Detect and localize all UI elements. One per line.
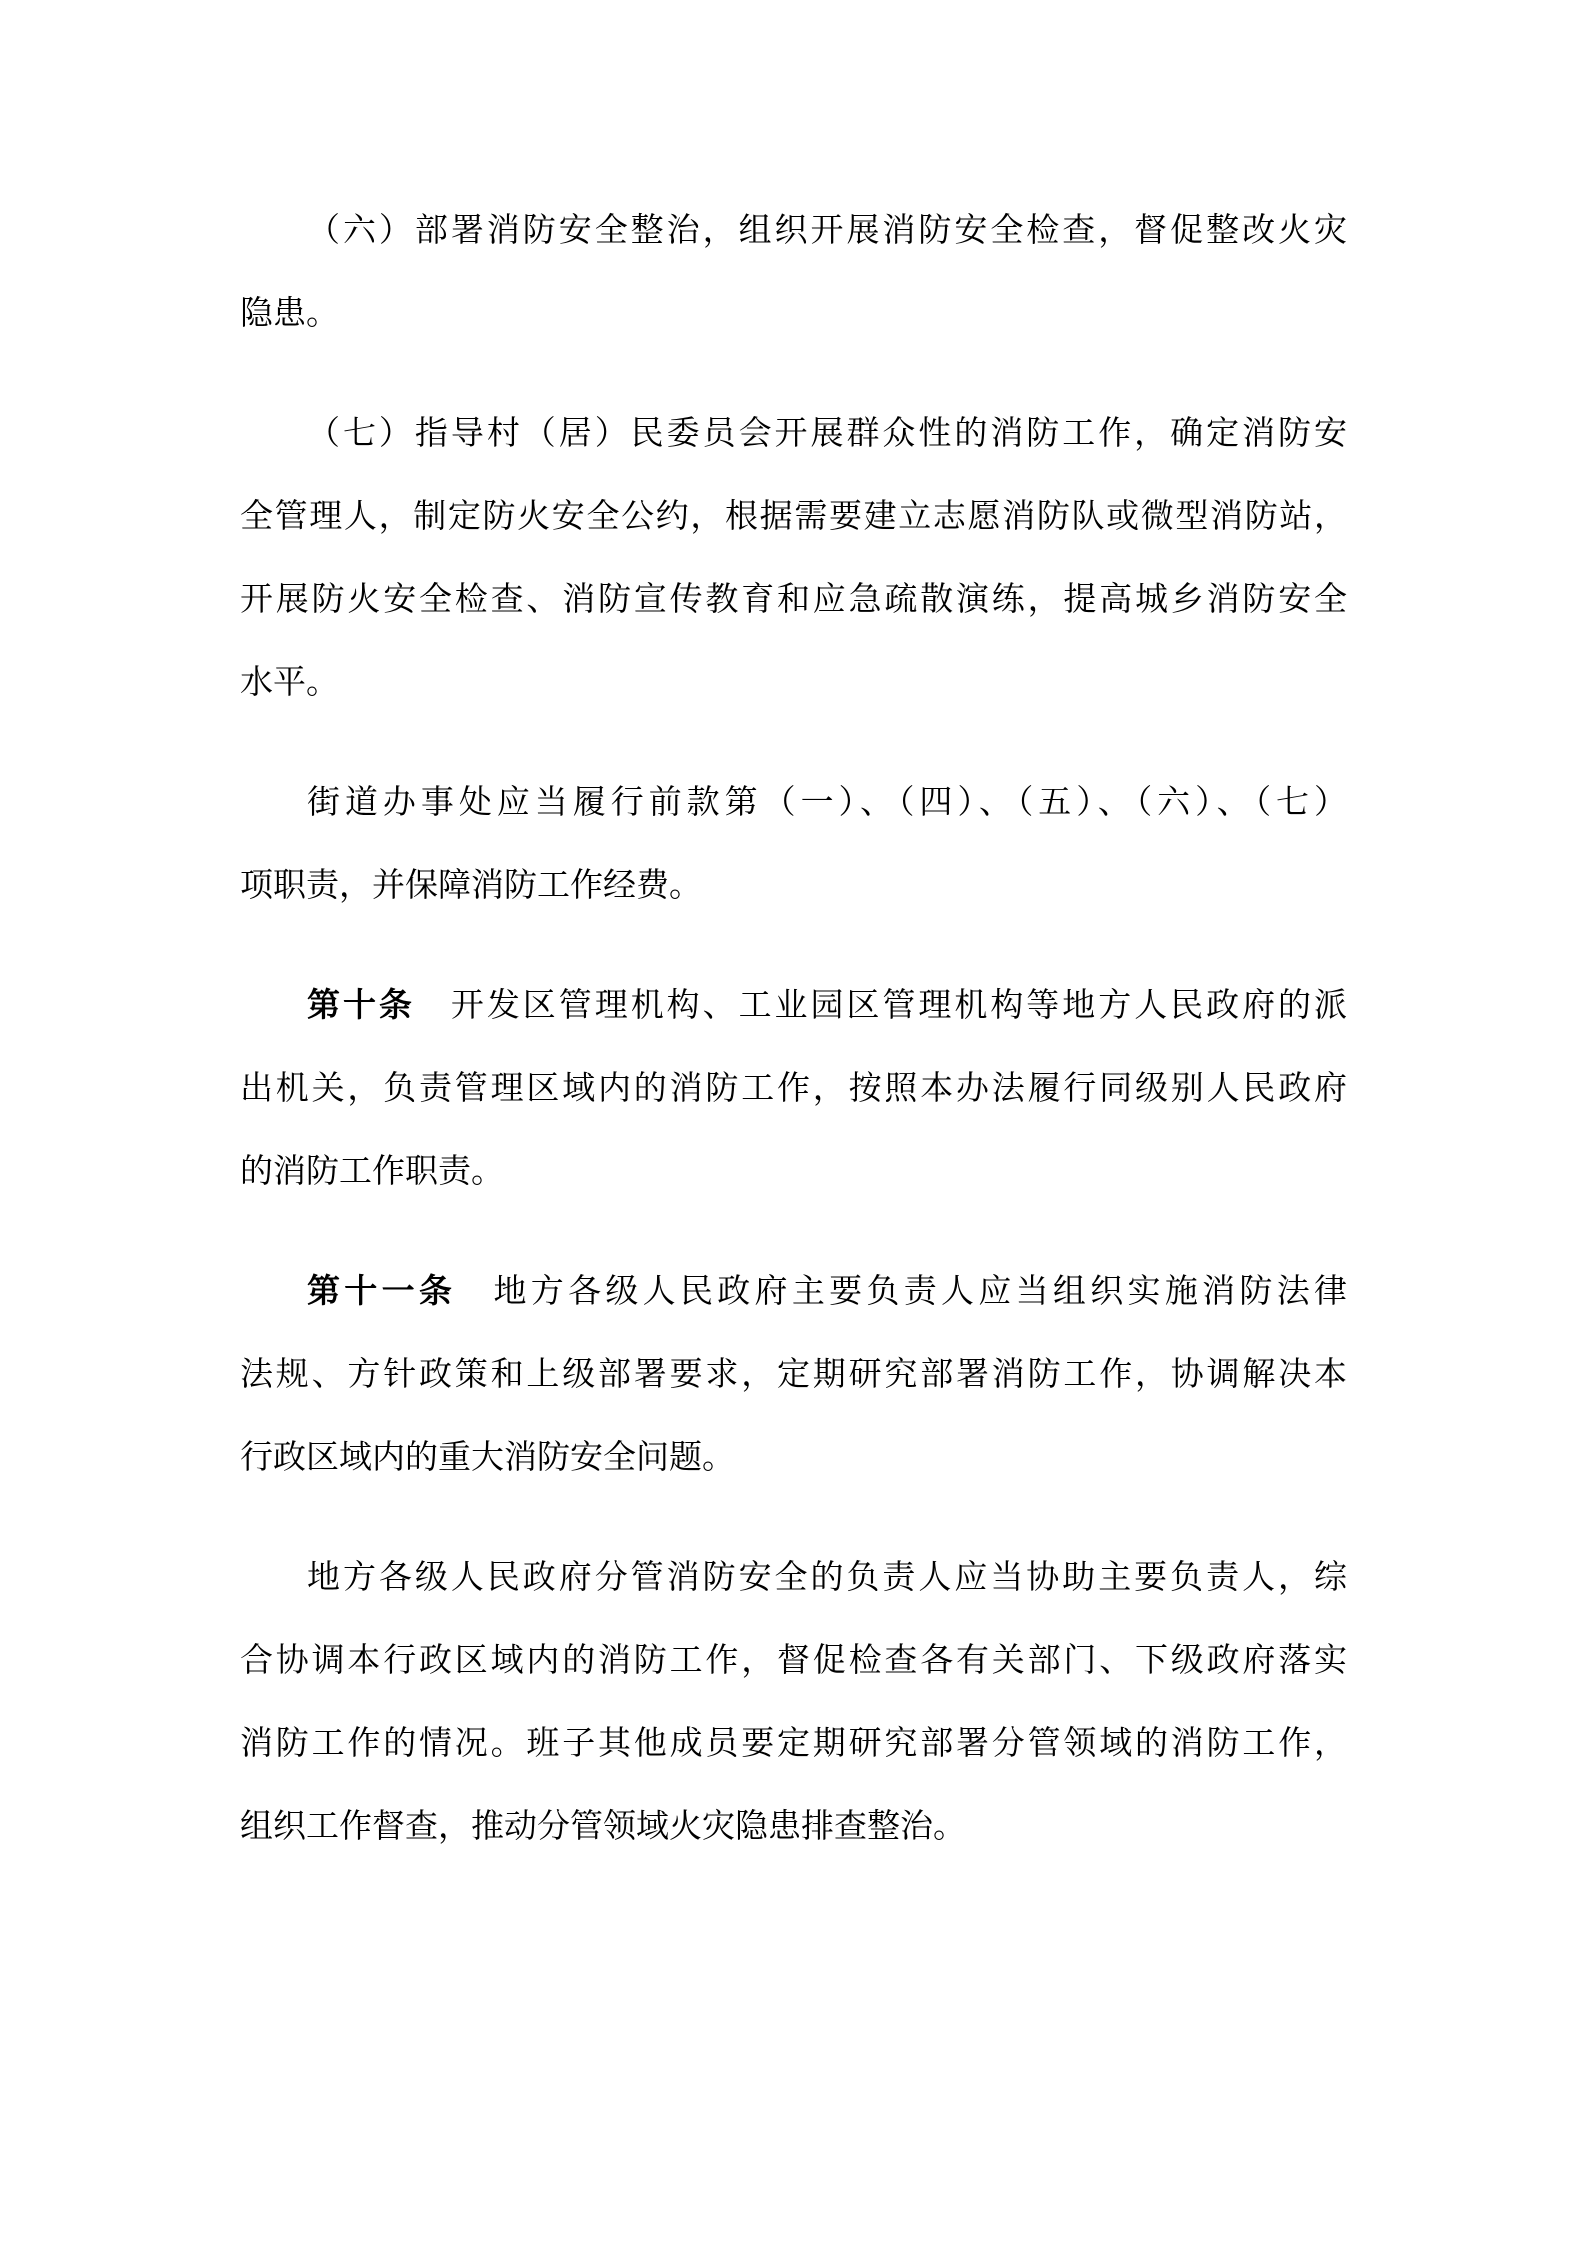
text-line: 街道办事处应当履行前款第（一）、（四）、（五）、（六）、（七） [240, 762, 1347, 845]
article-number: 第十条 [307, 988, 415, 1024]
text-run: 的消防工作职责。 [240, 1154, 504, 1190]
paragraph-article-11: 第十一条 地方各级人民政府主要负责人应当组织实施消防法律法规、方针政策和上级部署… [240, 1251, 1347, 1500]
text-run: （六）部署消防安全整治，组织开展消防安全检查，督促整改火灾 [307, 213, 1347, 249]
text-line: 全管理人，制定防火安全公约，根据需要建立志愿消防队或微型消防站， [240, 476, 1347, 559]
text-run: 合协调本行政区域内的消防工作，督促检查各有关部门、下级政府落实 [240, 1643, 1347, 1679]
text-line: （七）指导村（居）民委员会开展群众性的消防工作，确定消防安 [240, 393, 1347, 476]
text-line: 开展防火安全检查、消防宣传教育和应急疏散演练，提高城乡消防安全 [240, 559, 1347, 642]
text-line: （六）部署消防安全整治，组织开展消防安全检查，督促整改火灾 [240, 190, 1347, 273]
text-run: 水平。 [240, 665, 339, 701]
text-line: 组织工作督查，推动分管领域火灾隐患排查整治。 [240, 1786, 1347, 1869]
article-number: 第十一条 [307, 1274, 456, 1310]
paragraph-list-item-6: （六）部署消防安全整治，组织开展消防安全检查，督促整改火灾隐患。 [240, 190, 1347, 356]
text-line: 合协调本行政区域内的消防工作，督促检查各有关部门、下级政府落实 [240, 1620, 1347, 1703]
text-line: 出机关，负责管理区域内的消防工作，按照本办法履行同级别人民政府 [240, 1048, 1347, 1131]
text-run: 法规、方针政策和上级部署要求，定期研究部署消防工作，协调解决本 [240, 1357, 1347, 1393]
text-run: 开发区管理机构、工业园区管理机构等地方人民政府的派 [415, 988, 1347, 1024]
text-line: 第十条 开发区管理机构、工业园区管理机构等地方人民政府的派 [240, 965, 1347, 1048]
text-line: 项职责，并保障消防工作经费。 [240, 845, 1347, 928]
text-line: 消防工作的情况。班子其他成员要定期研究部署分管领域的消防工作， [240, 1703, 1347, 1786]
text-run: 隐患。 [240, 296, 339, 332]
text-run: 全管理人，制定防火安全公约，根据需要建立志愿消防队或微型消防站， [240, 499, 1347, 535]
text-run: 组织工作督查，推动分管领域火灾隐患排查整治。 [240, 1809, 966, 1845]
paragraph-article-10: 第十条 开发区管理机构、工业园区管理机构等地方人民政府的派出机关，负责管理区域内… [240, 965, 1347, 1214]
paragraph-body-paragraph: 地方各级人民政府分管消防安全的负责人应当协助主要负责人，综合协调本行政区域内的消… [240, 1537, 1347, 1869]
text-line: 的消防工作职责。 [240, 1131, 1347, 1214]
text-run: （七）指导村（居）民委员会开展群众性的消防工作，确定消防安 [307, 416, 1347, 452]
text-line: 第十一条 地方各级人民政府主要负责人应当组织实施消防法律 [240, 1251, 1347, 1334]
text-line: 地方各级人民政府分管消防安全的负责人应当协助主要负责人，综 [240, 1537, 1347, 1620]
text-run: 消防工作的情况。班子其他成员要定期研究部署分管领域的消防工作， [240, 1726, 1347, 1762]
text-run: 地方各级人民政府主要负责人应当组织实施消防法律 [456, 1274, 1347, 1310]
document-body: （六）部署消防安全整治，组织开展消防安全检查，督促整改火灾隐患。（七）指导村（居… [240, 190, 1347, 1869]
text-line: 行政区域内的重大消防安全问题。 [240, 1417, 1347, 1500]
text-run: 开展防火安全检查、消防宣传教育和应急疏散演练，提高城乡消防安全 [240, 582, 1347, 618]
text-line: 隐患。 [240, 273, 1347, 356]
text-run: 街道办事处应当履行前款第（一）、（四）、（五）、（六）、（七） [307, 785, 1347, 821]
text-run: 地方各级人民政府分管消防安全的负责人应当协助主要负责人，综 [307, 1560, 1347, 1596]
text-line: 水平。 [240, 642, 1347, 725]
text-line: 法规、方针政策和上级部署要求，定期研究部署消防工作，协调解决本 [240, 1334, 1347, 1417]
paragraph-body-paragraph: 街道办事处应当履行前款第（一）、（四）、（五）、（六）、（七）项职责，并保障消防… [240, 762, 1347, 928]
text-run: 出机关，负责管理区域内的消防工作，按照本办法履行同级别人民政府 [240, 1071, 1347, 1107]
text-run: 项职责，并保障消防工作经费。 [240, 868, 702, 904]
paragraph-list-item-7: （七）指导村（居）民委员会开展群众性的消防工作，确定消防安全管理人，制定防火安全… [240, 393, 1347, 725]
text-run: 行政区域内的重大消防安全问题。 [240, 1440, 735, 1476]
document-page: （六）部署消防安全整治，组织开展消防安全检查，督促整改火灾隐患。（七）指导村（居… [0, 0, 1587, 2245]
